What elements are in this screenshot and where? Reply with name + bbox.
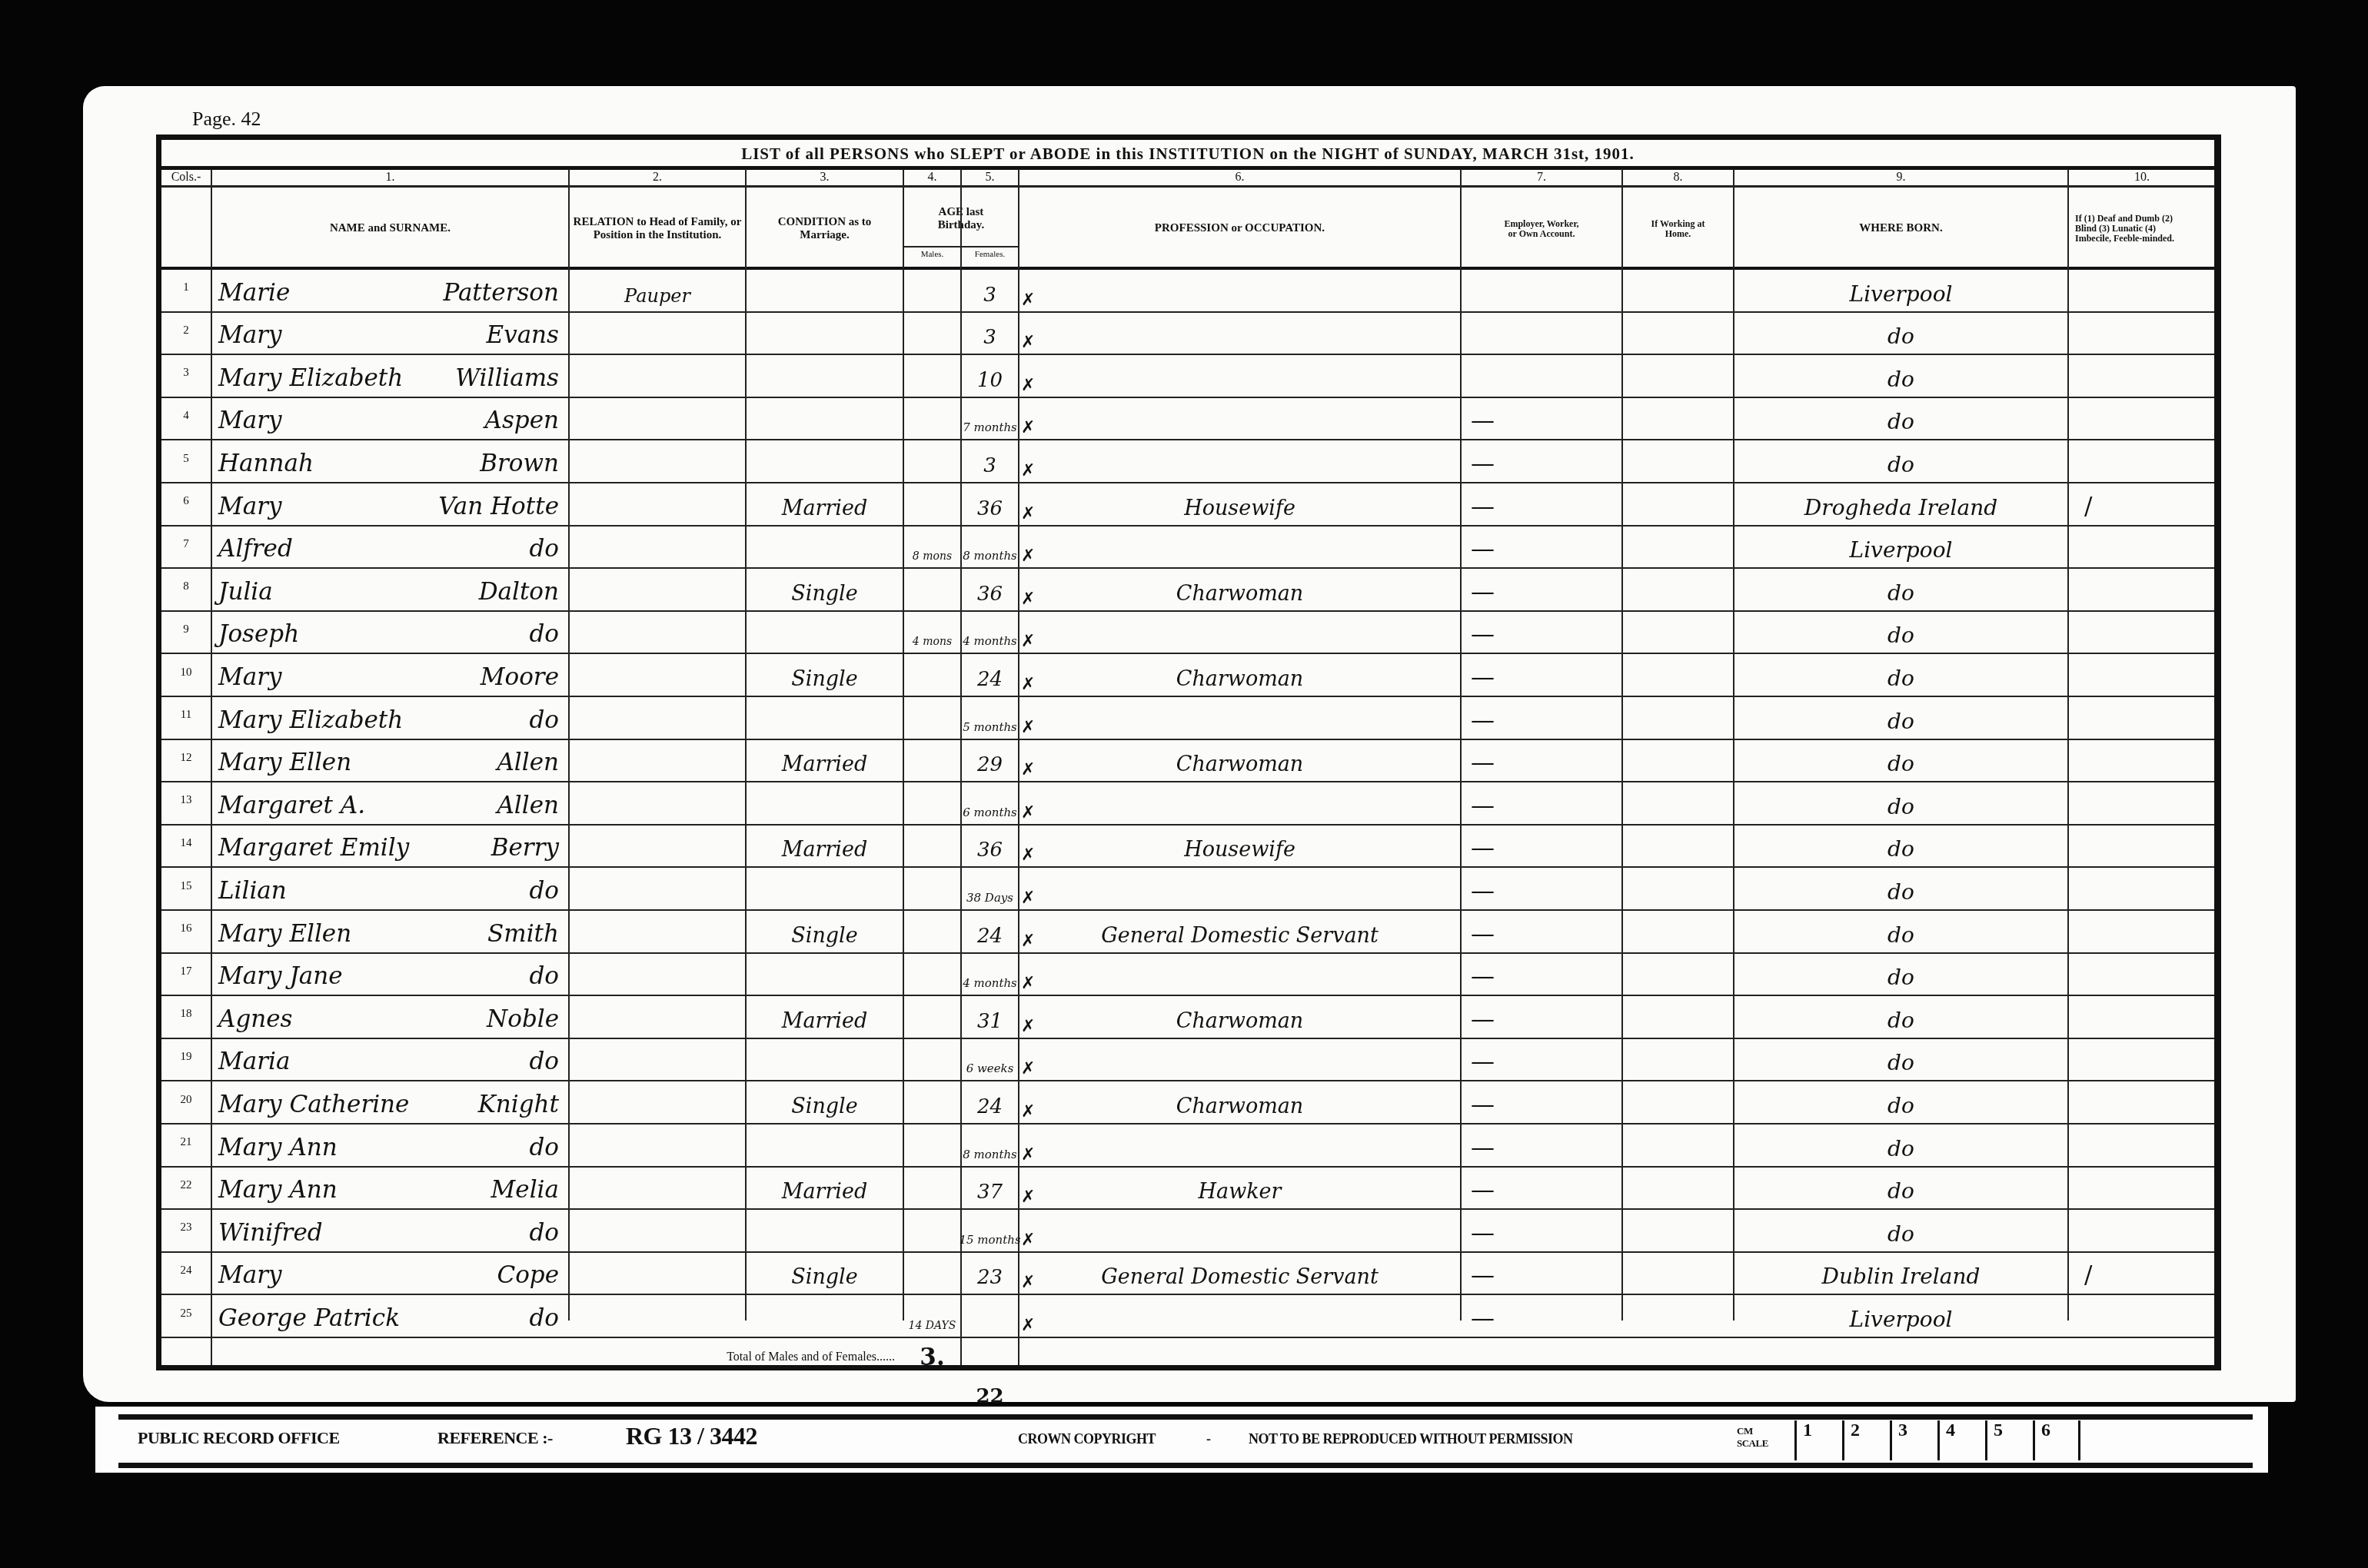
relation — [570, 868, 745, 909]
age-male — [904, 697, 960, 739]
infirmity — [2069, 1295, 2215, 1337]
table-row: 7Alfreddo8 mons8 months—Liverpool✗ — [161, 527, 2214, 570]
totals-label: Total of Males and of Females...... — [746, 1337, 900, 1382]
employer-status: — — [1462, 740, 1621, 782]
table-row: 2MaryEvans3do✗ — [161, 313, 2214, 356]
working-at-home — [1623, 868, 1733, 909]
header-age-females: Females. — [962, 246, 1018, 263]
where-born: do — [1734, 782, 2067, 824]
row-number: 12 — [161, 740, 211, 782]
enumerator-check-icon: ✗ — [1021, 632, 1035, 651]
age-male — [904, 996, 960, 1038]
condition: Married — [747, 483, 903, 525]
working-at-home — [1623, 527, 1733, 568]
employer-status: — — [1462, 527, 1621, 568]
working-at-home — [1623, 1081, 1733, 1123]
row-number: 17 — [161, 954, 211, 995]
cm-tick: 5 — [1985, 1420, 2033, 1460]
header-relation: RELATION to Head of Family, or Position … — [570, 192, 745, 265]
relation — [570, 654, 745, 696]
forename: Mary — [218, 313, 449, 354]
table-row: 22Mary AnnMeliaMarried37Hawker—do✗ — [161, 1168, 2214, 1211]
enumerator-check-icon: ✗ — [1021, 418, 1035, 437]
age-male — [904, 270, 960, 311]
forename: Alfred — [218, 527, 449, 568]
age-female: 3 — [962, 440, 1018, 482]
row-number: 25 — [161, 1295, 211, 1337]
employer-status — [1462, 355, 1621, 397]
footer-separator: - — [1206, 1431, 1211, 1447]
occupation — [1019, 440, 1460, 482]
employer-status: — — [1462, 911, 1621, 952]
table-row: 14Margaret EmilyBerryMarried36Housewife—… — [161, 826, 2214, 869]
where-born: do — [1734, 398, 2067, 440]
working-at-home — [1623, 1295, 1733, 1337]
table-row: 4MaryAspen7 months—do✗ — [161, 398, 2214, 441]
condition: Married — [747, 740, 903, 782]
working-at-home — [1623, 313, 1733, 354]
forename: Mary — [218, 483, 449, 525]
surname: Patterson — [423, 270, 565, 311]
occupation: General Domestic Servant — [1019, 911, 1460, 952]
age-female: 24 — [962, 1081, 1018, 1123]
relation — [570, 911, 745, 952]
age-female — [962, 1295, 1018, 1337]
col-num-8: 8. — [1623, 171, 1733, 188]
age-male — [904, 826, 960, 867]
age-male — [904, 1210, 960, 1251]
surname: Allen — [423, 782, 565, 824]
age-female: 3 — [962, 313, 1018, 354]
age-male: 4 mons — [904, 612, 960, 653]
occupation — [1019, 270, 1460, 311]
footer-office: PUBLIC RECORD OFFICE — [138, 1428, 340, 1448]
infirmity — [2069, 527, 2215, 568]
infirmity — [2069, 1210, 2215, 1251]
table-row: 3Mary ElizabethWilliams10do✗ — [161, 355, 2214, 398]
where-born: Liverpool — [1734, 270, 2067, 311]
forename: Maria — [218, 1039, 449, 1081]
age-female: 24 — [962, 911, 1018, 952]
where-born: do — [1734, 355, 2067, 397]
employer-status — [1462, 313, 1621, 354]
where-born: Dublin Ireland — [1734, 1253, 2067, 1294]
occupation — [1019, 1125, 1460, 1166]
enumerator-check-icon: ✗ — [1021, 376, 1035, 395]
row-number: 20 — [161, 1081, 211, 1123]
where-born: do — [1734, 911, 2067, 952]
working-at-home — [1623, 654, 1733, 696]
condition — [747, 1125, 903, 1166]
working-at-home — [1623, 398, 1733, 440]
age-male — [904, 954, 960, 995]
age-female: 7 months — [962, 398, 1018, 440]
surname: Moore — [423, 654, 565, 696]
forename: Mary Jane — [218, 954, 449, 995]
infirmity — [2069, 868, 2215, 909]
employer-status: — — [1462, 954, 1621, 995]
row-number: 21 — [161, 1125, 211, 1166]
row-number: 4 — [161, 398, 211, 440]
cm-tick: 6 — [2033, 1420, 2080, 1460]
forename: Joseph — [218, 612, 449, 653]
occupation — [1019, 1039, 1460, 1081]
row-number: 11 — [161, 697, 211, 739]
cols-label: Cols.- — [161, 171, 211, 188]
where-born: do — [1734, 740, 2067, 782]
row-number: 5 — [161, 440, 211, 482]
condition: Single — [747, 569, 903, 610]
employer-status: — — [1462, 996, 1621, 1038]
relation — [570, 398, 745, 440]
working-at-home — [1623, 697, 1733, 739]
infirmity — [2069, 826, 2215, 867]
header-age-males: Males. — [904, 246, 960, 263]
surname: do — [423, 868, 565, 909]
row-number: 7 — [161, 527, 211, 568]
condition: Single — [747, 654, 903, 696]
relation — [570, 954, 745, 995]
surname: Evans — [423, 313, 565, 354]
forename: Mary — [218, 1253, 449, 1294]
surname: do — [423, 1295, 565, 1337]
age-female: 36 — [962, 569, 1018, 610]
employer-status: — — [1462, 1295, 1621, 1337]
age-female: 10 — [962, 355, 1018, 397]
condition: Single — [747, 911, 903, 952]
age-female: 15 months — [962, 1210, 1018, 1251]
footer-notice: NOT TO BE REPRODUCED WITHOUT PERMISSION — [1249, 1431, 1572, 1447]
occupation: Charwoman — [1019, 569, 1460, 610]
employer-status: — — [1462, 1168, 1621, 1209]
relation — [570, 740, 745, 782]
census-schedule-table: LIST of all PERSONS who SLEPT or ABODE i… — [156, 135, 2221, 1370]
footer-bottom-rule — [118, 1463, 2253, 1468]
relation — [570, 440, 745, 482]
infirmity — [2069, 697, 2215, 739]
relation — [570, 1168, 745, 1209]
enumerator-check-icon: ✗ — [1021, 333, 1035, 352]
surname: do — [423, 1210, 565, 1251]
infirmity — [2069, 954, 2215, 995]
surname: Knight — [423, 1081, 565, 1123]
row-number: 8 — [161, 569, 211, 610]
age-female: 29 — [962, 740, 1018, 782]
surname: Williams — [423, 355, 565, 397]
forename: Agnes — [218, 996, 449, 1038]
forename: George Patrick — [218, 1295, 449, 1337]
condition — [747, 1295, 903, 1337]
enumerator-check-icon: ✗ — [1021, 932, 1035, 951]
infirmity — [2069, 740, 2215, 782]
infirmity — [2069, 996, 2215, 1038]
footer-reference: RG 13 / 3442 — [626, 1422, 757, 1450]
infirmity — [2069, 440, 2215, 482]
row-number: 9 — [161, 612, 211, 653]
table-row: 12Mary EllenAllenMarried29Charwoman—do✗ — [161, 740, 2214, 783]
table-row: 10MaryMooreSingle24Charwoman—do✗ — [161, 654, 2214, 697]
occupation: Charwoman — [1019, 1081, 1460, 1123]
row-number: 22 — [161, 1168, 211, 1209]
where-born: do — [1734, 313, 2067, 354]
where-born: do — [1734, 440, 2067, 482]
employer-status: — — [1462, 782, 1621, 824]
age-female: 4 months — [962, 612, 1018, 653]
row-number: 16 — [161, 911, 211, 952]
employer-status: — — [1462, 1253, 1621, 1294]
working-at-home — [1623, 270, 1733, 311]
enumerator-check-icon: ✗ — [1021, 974, 1035, 993]
occupation: Hawker — [1019, 1168, 1460, 1209]
surname: Allen — [423, 740, 565, 782]
infirmity — [2069, 612, 2215, 653]
totals-row: Total of Males and of Females...... 3. 2… — [161, 1337, 2214, 1382]
working-at-home — [1623, 1253, 1733, 1294]
working-at-home — [1623, 740, 1733, 782]
enumerator-check-icon: ✗ — [1021, 760, 1035, 779]
occupation: Housewife — [1019, 826, 1460, 867]
working-at-home — [1623, 1125, 1733, 1166]
age-female: 36 — [962, 483, 1018, 525]
table-row: 11Mary Elizabethdo5 months—do✗ — [161, 697, 2214, 740]
header-occupation: PROFESSION or OCCUPATION. — [1019, 192, 1460, 265]
row-number: 2 — [161, 313, 211, 354]
employer-status: — — [1462, 483, 1621, 525]
cm-tick: 3 — [1890, 1420, 1937, 1460]
table-row: 24MaryCopeSingle23General Domestic Serva… — [161, 1253, 2214, 1296]
surname: do — [423, 527, 565, 568]
working-at-home — [1623, 954, 1733, 995]
infirmity — [2069, 1168, 2215, 1209]
infirmity — [2069, 270, 2215, 311]
forename: Mary Catherine — [218, 1081, 449, 1123]
enumerator-check-icon: ✗ — [1021, 889, 1035, 908]
enumerator-check-icon: ✗ — [1021, 291, 1035, 310]
where-born: Drogheda Ireland — [1734, 483, 2067, 525]
employer-status: — — [1462, 826, 1621, 867]
occupation: Charwoman — [1019, 654, 1460, 696]
working-at-home — [1623, 569, 1733, 610]
age-male — [904, 440, 960, 482]
header-condition: CONDITION as to Marriage. — [747, 192, 903, 265]
cm-tick: 4 — [1937, 1420, 1985, 1460]
surname: Dalton — [423, 569, 565, 610]
condition — [747, 313, 903, 354]
relation — [570, 569, 745, 610]
relation — [570, 612, 745, 653]
relation — [570, 313, 745, 354]
occupation — [1019, 313, 1460, 354]
occupation — [1019, 355, 1460, 397]
condition — [747, 527, 903, 568]
condition — [747, 440, 903, 482]
age-male — [904, 355, 960, 397]
row-number: 14 — [161, 826, 211, 867]
row-number: 18 — [161, 996, 211, 1038]
totals-males: 3. — [904, 1337, 960, 1382]
row-number: 1 — [161, 270, 211, 311]
table-grid: Cols.- 1. 2. 3. 4. 5. 6. 7. 8. 9. 10. NA… — [161, 169, 2214, 1365]
table-row: 13Margaret A.Allen6 months—do✗ — [161, 782, 2214, 826]
age-male — [904, 1168, 960, 1209]
employer-status: — — [1462, 697, 1621, 739]
table-row: 20Mary CatherineKnightSingle24Charwoman—… — [161, 1081, 2214, 1125]
col-num-5: 5. — [962, 171, 1018, 188]
infirmity: / — [2069, 483, 2215, 525]
occupation — [1019, 1295, 1460, 1337]
table-row: 8JuliaDaltonSingle36Charwoman—do✗ — [161, 569, 2214, 612]
enumerator-check-icon: ✗ — [1021, 803, 1035, 822]
enumerator-check-icon: ✗ — [1021, 1273, 1035, 1292]
infirmity — [2069, 1039, 2215, 1081]
occupation — [1019, 954, 1460, 995]
forename: Margaret Emily — [218, 826, 449, 867]
enumerator-check-icon: ✗ — [1021, 1059, 1035, 1078]
table-row: 23Winifreddo15 months—do✗ — [161, 1210, 2214, 1253]
relation — [570, 782, 745, 824]
row-number: 23 — [161, 1210, 211, 1251]
condition — [747, 954, 903, 995]
condition — [747, 697, 903, 739]
age-female: 23 — [962, 1253, 1018, 1294]
surname: Melia — [423, 1168, 565, 1209]
relation — [570, 1039, 745, 1081]
age-female: 6 months — [962, 782, 1018, 824]
relation — [570, 697, 745, 739]
relation — [570, 1253, 745, 1294]
age-female: 38 Days — [962, 868, 1018, 909]
row-number: 6 — [161, 483, 211, 525]
where-born: do — [1734, 1168, 2067, 1209]
occupation — [1019, 527, 1460, 568]
age-male — [904, 1125, 960, 1166]
surname: Aspen — [423, 398, 565, 440]
where-born: do — [1734, 569, 2067, 610]
col-num-9: 9. — [1734, 171, 2067, 188]
forename: Marie — [218, 270, 449, 311]
working-at-home — [1623, 612, 1733, 653]
surname: do — [423, 1039, 565, 1081]
forename: Julia — [218, 569, 449, 610]
age-female: 24 — [962, 654, 1018, 696]
forename: Mary Ellen — [218, 740, 449, 782]
working-at-home — [1623, 483, 1733, 525]
surname: Noble — [423, 996, 565, 1038]
working-at-home — [1623, 996, 1733, 1038]
cm-tick: 2 — [1842, 1420, 1890, 1460]
forename: Mary Ann — [218, 1168, 449, 1209]
enumerator-check-icon: ✗ — [1021, 1316, 1035, 1335]
infirmity — [2069, 911, 2215, 952]
table-row: 19Mariado6 weeks—do✗ — [161, 1039, 2214, 1082]
condition: Single — [747, 1253, 903, 1294]
enumerator-check-icon: ✗ — [1021, 1145, 1035, 1164]
condition — [747, 868, 903, 909]
working-at-home — [1623, 826, 1733, 867]
age-male — [904, 654, 960, 696]
age-male — [904, 313, 960, 354]
employer-status: — — [1462, 654, 1621, 696]
age-male — [904, 569, 960, 610]
where-born: Liverpool — [1734, 527, 2067, 568]
employer-status: — — [1462, 440, 1621, 482]
occupation — [1019, 612, 1460, 653]
age-female: 36 — [962, 826, 1018, 867]
age-female: 8 months — [962, 1125, 1018, 1166]
col-num-10: 10. — [2069, 171, 2215, 188]
enumerator-check-icon: ✗ — [1021, 675, 1035, 694]
row-number: 13 — [161, 782, 211, 824]
enumerator-check-icon: ✗ — [1021, 1017, 1035, 1036]
relation — [570, 1081, 745, 1123]
condition — [747, 355, 903, 397]
condition — [747, 612, 903, 653]
age-male — [904, 868, 960, 909]
table-row: 17Mary Janedo4 months—do✗ — [161, 954, 2214, 997]
table-row: 9Josephdo4 mons4 months—do✗ — [161, 612, 2214, 655]
surname: Brown — [423, 440, 565, 482]
age-male — [904, 1039, 960, 1081]
relation — [570, 527, 745, 568]
condition: Single — [747, 1081, 903, 1123]
row-number: 15 — [161, 868, 211, 909]
surname: do — [423, 954, 565, 995]
page-number: Page. 42 — [192, 108, 261, 131]
surname: Smith — [423, 911, 565, 952]
age-male — [904, 740, 960, 782]
age-female: 3 — [962, 270, 1018, 311]
header-working-at-home: If Working at Home. — [1623, 192, 1733, 265]
table-row: 5HannahBrown3—do✗ — [161, 440, 2214, 483]
occupation: Housewife — [1019, 483, 1460, 525]
surname: do — [423, 1125, 565, 1166]
table-row: 1MariePattersonPauper3Liverpool✗ — [161, 270, 2214, 313]
age-male — [904, 1081, 960, 1123]
where-born: Liverpool — [1734, 1295, 2067, 1337]
surname: do — [423, 697, 565, 739]
enumerator-check-icon: ✗ — [1021, 1188, 1035, 1207]
relation — [570, 826, 745, 867]
enumerator-check-icon: ✗ — [1021, 590, 1035, 609]
occupation: General Domestic Servant — [1019, 1253, 1460, 1294]
relation — [570, 1295, 745, 1337]
age-male — [904, 1253, 960, 1294]
cm-tick: 1 — [1794, 1420, 1842, 1460]
infirmity — [2069, 313, 2215, 354]
occupation — [1019, 868, 1460, 909]
table-row: 6MaryVan HotteMarried36Housewife—Droghed… — [161, 483, 2214, 527]
infirmity — [2069, 654, 2215, 696]
cm-scale: 1 2 3 4 5 6 — [1794, 1420, 2080, 1460]
enumerator-check-icon: ✗ — [1021, 461, 1035, 480]
where-born: do — [1734, 826, 2067, 867]
forename: Mary — [218, 398, 449, 440]
row-number: 19 — [161, 1039, 211, 1081]
enumerator-check-icon: ✗ — [1021, 546, 1035, 566]
age-male — [904, 782, 960, 824]
enumerator-check-icon: ✗ — [1021, 718, 1035, 737]
occupation: Charwoman — [1019, 996, 1460, 1038]
footer-copyright: CROWN COPYRIGHT — [1018, 1431, 1156, 1447]
condition — [747, 398, 903, 440]
employer-status — [1462, 270, 1621, 311]
where-born: do — [1734, 1125, 2067, 1166]
footer-top-rule — [118, 1414, 2253, 1420]
header-name: NAME and SURNAME. — [212, 192, 568, 265]
occupation — [1019, 398, 1460, 440]
table-row: 18AgnesNobleMarried31Charwoman—do✗ — [161, 996, 2214, 1039]
relation — [570, 483, 745, 525]
